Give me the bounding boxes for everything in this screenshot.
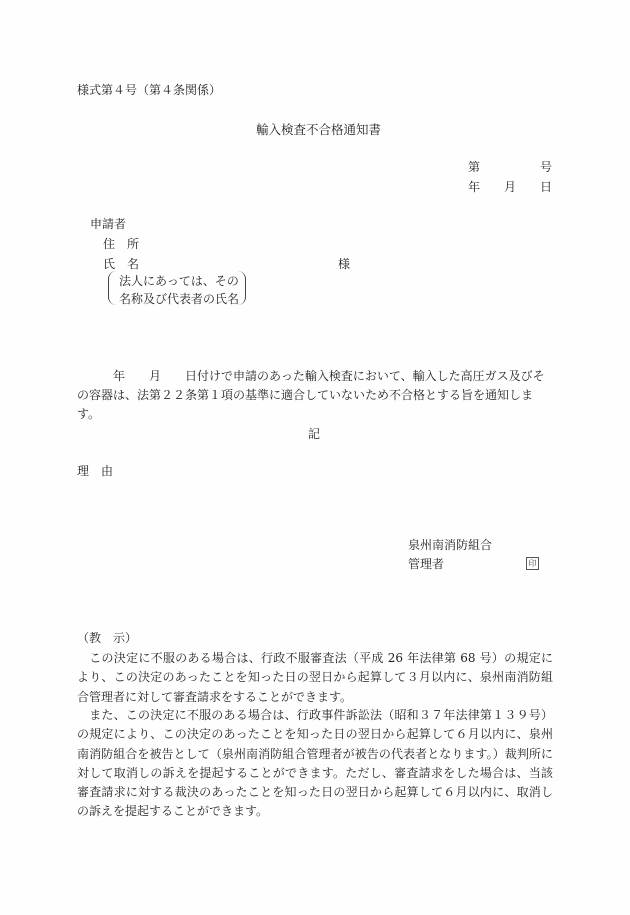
document-title: 輸入検査不合格通知書	[256, 124, 381, 137]
applicant-heading: 申請者	[90, 218, 126, 230]
notification-body: 年 月 日付けで申請のあった輸入検査において、輸入した高圧ガス及びその容器は、法…	[77, 367, 552, 424]
number-prefix: 第	[468, 161, 480, 173]
address-label: 住 所	[103, 238, 139, 250]
number-suffix: 号	[540, 161, 552, 173]
date-year: 年	[468, 181, 480, 193]
date-month: 月	[504, 181, 516, 193]
bracket-note-line1: 法人にあっては、その	[119, 275, 239, 287]
issuer-organization: 泉州南消防組合	[408, 539, 492, 551]
notice-paragraph-1-text: この決定に不服のある場合は、行政不服審査法（平成 26 年法律第 68 号）の規…	[77, 651, 553, 704]
bracket-note-line2: 名称及び代表者の氏名	[119, 293, 239, 305]
reason-label: 理 由	[77, 465, 113, 477]
notice-paragraph-1: この決定に不服のある場合は、行政不服審査法（平成 26 年法律第 68 号）の規…	[77, 649, 553, 707]
honorific: 様	[338, 258, 350, 270]
notice-paragraph-2: また、この決定に不服のある場合は、行政事件訴訟法（昭和３７年法律第１３９号）の規…	[77, 706, 553, 822]
ki-heading: 記	[308, 428, 320, 440]
seal-icon: 印	[526, 557, 539, 570]
name-label: 氏 名	[103, 258, 139, 270]
date-day: 日	[540, 181, 552, 193]
form-number-label: 様式第４号（第４条関係）	[77, 84, 221, 96]
issuer-title: 管理者	[408, 558, 444, 570]
notice-heading: （教 示）	[77, 632, 137, 644]
notice-paragraph-2-text: また、この決定に不服のある場合は、行政事件訴訟法（昭和３７年法律第１３９号）の規…	[77, 708, 553, 818]
